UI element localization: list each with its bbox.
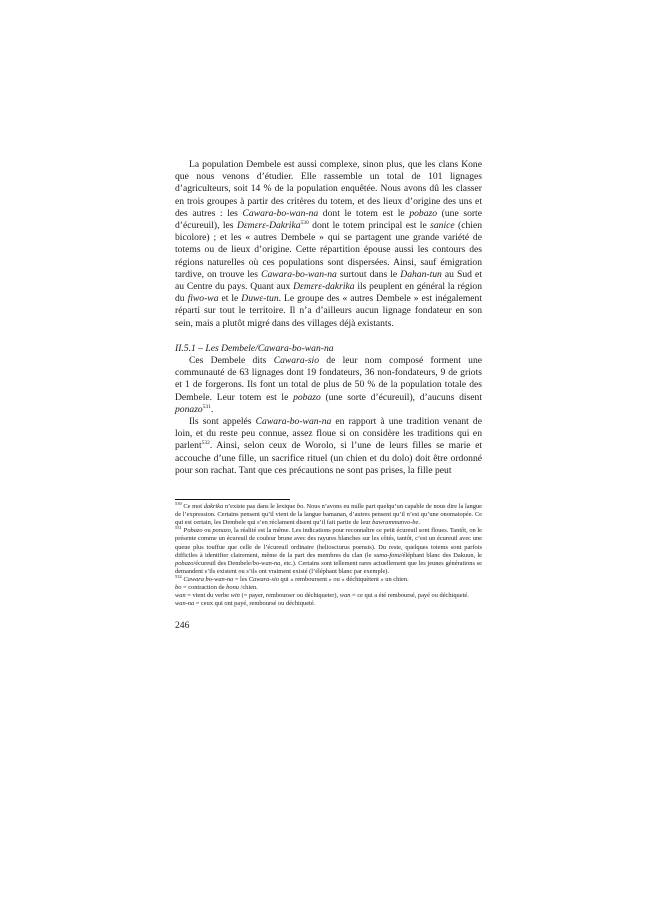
footnote-ref[interactable]: 532 [202,440,210,446]
text: ou [203,527,213,534]
term: pobazo [293,392,321,403]
section-title: II.5.1 – Les Dembele/Cawara-bo-wan-na [175,343,482,355]
footnote-530: 530 Ce mot dakrika n’existe pas dans le … [175,503,482,527]
text: surtout dans le [337,269,400,280]
term: Cawara-bo-wan-na [243,208,319,219]
term: Cawara-sio [274,355,319,366]
text: Ils sont appelés [189,416,256,427]
term: Cawara-sio [249,576,279,583]
text: = ce qui a été remboursé, payé ou déchiq… [350,592,468,599]
footnote-532-bo: bo = contraction de bonu /chien. [175,584,482,592]
term: wan-na [175,600,194,607]
term: sanice [430,220,455,231]
term: Duwɛ-tun [241,293,278,304]
footnote-532: 532 Cawara bo-wan-na = les Cawara-sio qu… [175,576,482,584]
term: bo-wan-na [253,560,281,567]
footnote-532-wan: wan = vient du verbe win (= payer, rembo… [175,592,482,600]
page-number: 246 [175,620,482,631]
text: . [211,404,213,415]
term: ponazo [175,404,203,415]
footnote-ref[interactable]: 530 [301,220,309,226]
text: = contraction de [181,584,226,591]
footnote-number: 531 [175,525,182,530]
footnote-number: 530 [175,501,182,506]
text: dont le totem principal est le [309,220,430,231]
term: Cawara bo-wan-na [183,576,233,583]
text: qui « remboursent » ou « déchiquètent » … [279,576,409,583]
text: Ces Dembele dits [189,355,274,366]
term: wan [175,592,186,599]
footnote-separator [175,499,290,500]
term: ponazo [212,527,230,534]
footnote-ref[interactable]: 531 [203,404,211,410]
text: = les [233,576,249,583]
footnote-532-wan-na: wan-na = ceux qui ont payé, remboursé ou… [175,600,482,608]
term: wan [340,592,351,599]
text: /éléphant blanc des Dakuun, le [401,552,482,559]
term: Dɛmɛrɛ-Dakrika [237,220,301,231]
text: (= payer, rembourser ou déchiqueter), [240,592,340,599]
document-page: La population Dembele est aussi complexe… [175,159,482,631]
term: bonu [226,584,239,591]
text: . [418,519,420,526]
text: . Ainsi, selon ceux de Worolo, si l’une … [175,440,482,475]
term: pobazo [409,208,437,219]
term: Dahan-tun [400,269,442,280]
term: fiwo-wa [188,293,219,304]
term: Cawara-bo-wan-na [261,269,337,280]
text: n’existe pas dans le lexique [223,503,297,510]
term: Dɛmɛrɛ-dakrika [293,281,354,292]
paragraph-intro: La population Dembele est aussi complexe… [175,159,482,330]
footnote-531: 531 Pobazo ou ponazo, la réalité est la … [175,527,482,576]
text: dont le totem est le [318,208,409,219]
term: Pobazo [183,527,202,534]
term: pobazo [175,560,193,567]
footnote-number: 532 [175,574,182,579]
term: suma-fonu [374,552,401,559]
text: /écureuil des Dembele/ [193,560,252,567]
paragraph-cawara-sio: Ces Dembele dits Cawara-sio de leur nom … [175,355,482,416]
term: dakrika [204,503,224,510]
text: (une sorte d’écureuil), d’aucuns disent [321,392,482,403]
term: win [231,592,240,599]
term: Cawara-bo-wan-na [256,416,332,427]
paragraph-cawara-bo-wan-na: Ils sont appelés Cawara-bo-wan-na en rap… [175,416,482,477]
text: Ce mot [182,503,204,510]
text: et le [219,293,242,304]
term: bawrammanvo-be [372,519,418,526]
text: = vient du verbe [186,592,231,599]
text: = ceux qui ont payé, remboursé ou déchiq… [194,600,315,607]
text: /chien. [239,584,258,591]
